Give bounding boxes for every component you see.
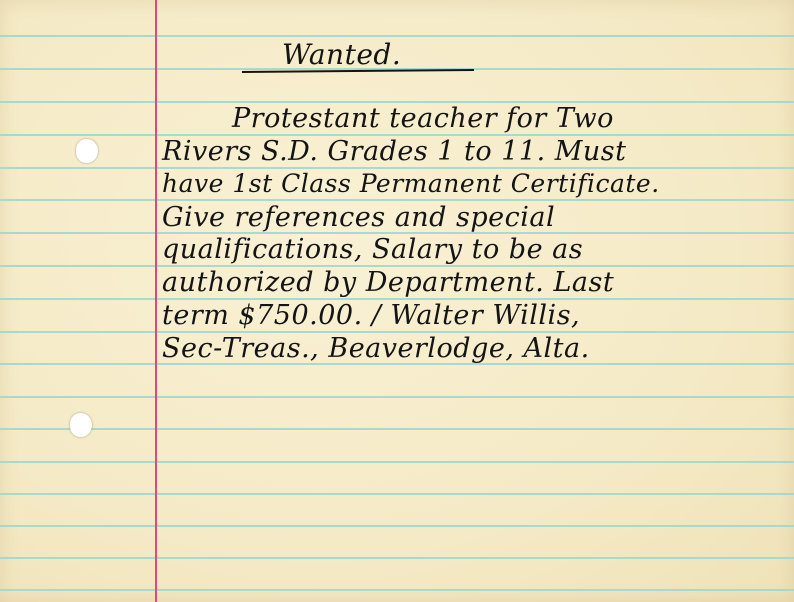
note-line: term $750.00. / Walter Willis, — [162, 300, 580, 331]
ruled-line — [0, 428, 794, 430]
ruled-line — [0, 557, 794, 559]
ruled-line — [0, 589, 794, 591]
note-line: Rivers S.D. Grades 1 to 11. Must — [162, 136, 627, 167]
ruled-line — [0, 35, 794, 37]
ruled-line — [0, 199, 794, 201]
note-line: have 1st Class Permanent Certificate. — [162, 169, 660, 198]
ruled-paper-sheet: Wanted. Protestant teacher for Two River… — [0, 0, 794, 602]
punch-hole — [70, 413, 92, 437]
ruled-line — [0, 396, 794, 398]
margin-line — [155, 0, 157, 602]
note-title: Wanted. — [282, 38, 401, 71]
note-line: Sec-Treas., Beaverlodge, Alta. — [162, 333, 590, 364]
ruled-line — [0, 461, 794, 463]
note-line: Give references and special — [162, 202, 555, 233]
note-line: Protestant teacher for Two — [232, 103, 614, 134]
punch-hole — [76, 139, 98, 163]
note-line: authorized by Department. Last — [162, 267, 614, 298]
ruled-line — [0, 525, 794, 527]
ruled-line — [0, 493, 794, 495]
note-line: qualifications, Salary to be as — [162, 234, 583, 265]
